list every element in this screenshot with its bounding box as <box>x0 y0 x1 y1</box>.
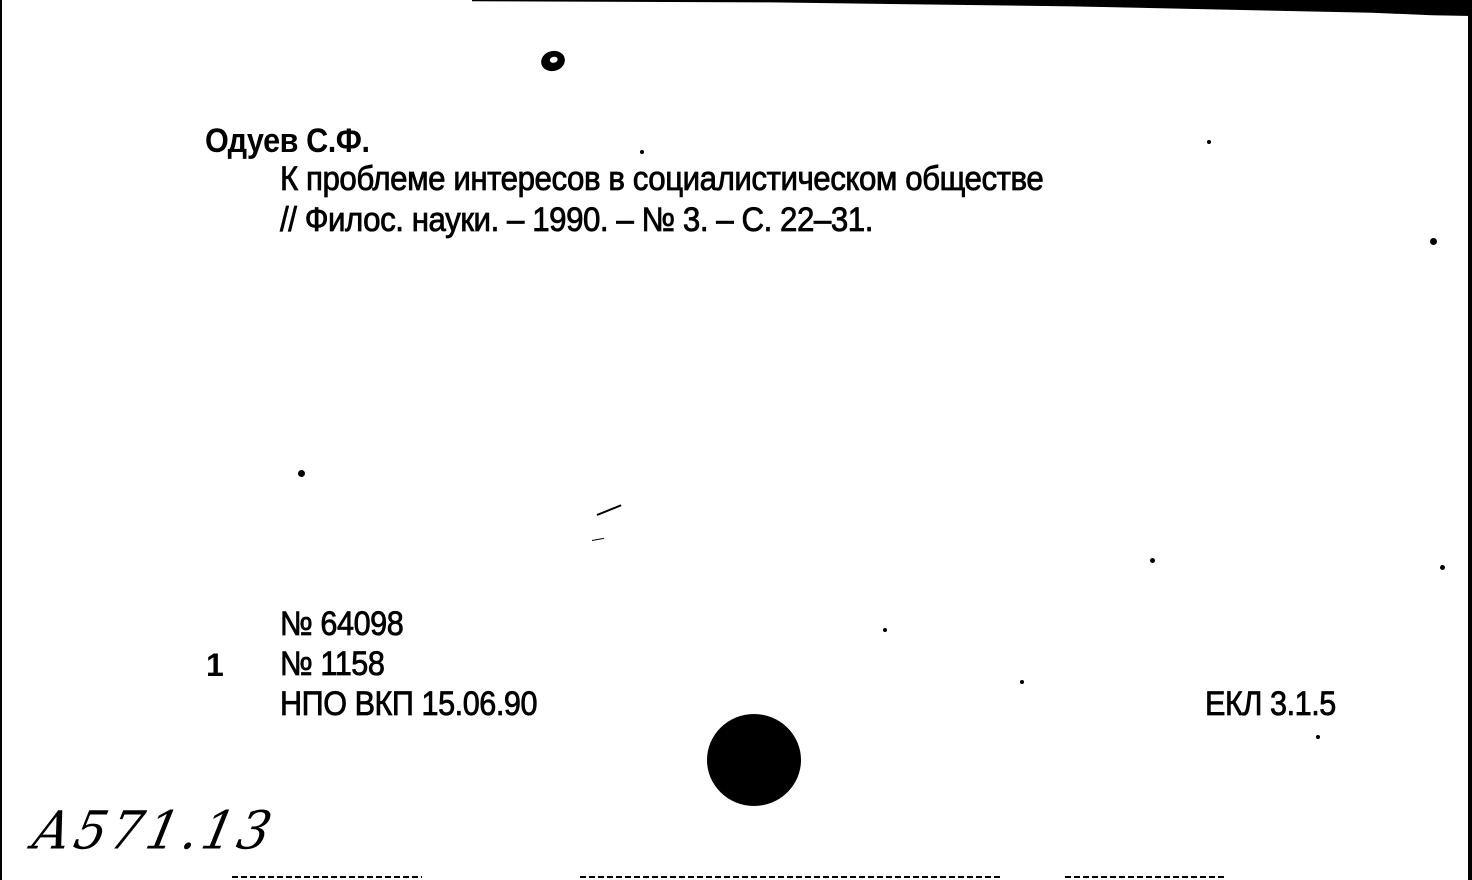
source-citation: // Филос. науки. – 1990. – № 3. – С. 22–… <box>280 201 873 240</box>
scan-speck <box>1020 680 1024 684</box>
registration-number: № 1158 <box>280 645 384 684</box>
issuer-and-date: НПО ВКП 15.06.90 <box>280 685 537 724</box>
ink-blot-icon <box>539 48 567 74</box>
scan-speck <box>1207 140 1211 144</box>
copy-count: 1 <box>206 647 223 684</box>
author-name: Одуев С.Ф. <box>205 122 370 161</box>
scan-speck <box>1430 238 1437 245</box>
scan-edge-top <box>472 0 1472 16</box>
scan-speck <box>1150 558 1155 563</box>
classification-code: ЕКЛ 3.1.5 <box>1205 685 1336 724</box>
pen-mark <box>597 504 622 516</box>
card-bottom-edge <box>1065 876 1225 878</box>
scan-edge-left <box>0 0 2 880</box>
scan-speck <box>298 470 305 477</box>
card-bottom-edge <box>232 876 422 878</box>
scan-speck <box>1440 565 1445 570</box>
scan-speck <box>1316 735 1320 739</box>
card-bottom-edge <box>580 876 1000 878</box>
scan-speck <box>640 150 644 154</box>
scan-edge-right <box>1468 0 1472 880</box>
scan-speck <box>883 628 887 632</box>
handwritten-shelf-mark: А571.13 <box>27 800 281 861</box>
catalog-card: Одуев С.Ф. К проблеме интересов в социал… <box>0 0 1472 880</box>
work-title: К проблеме интересов в социалистическом … <box>280 160 1043 199</box>
accession-number: № 64098 <box>280 605 403 644</box>
punch-hole <box>707 714 801 806</box>
pen-mark <box>592 538 604 541</box>
